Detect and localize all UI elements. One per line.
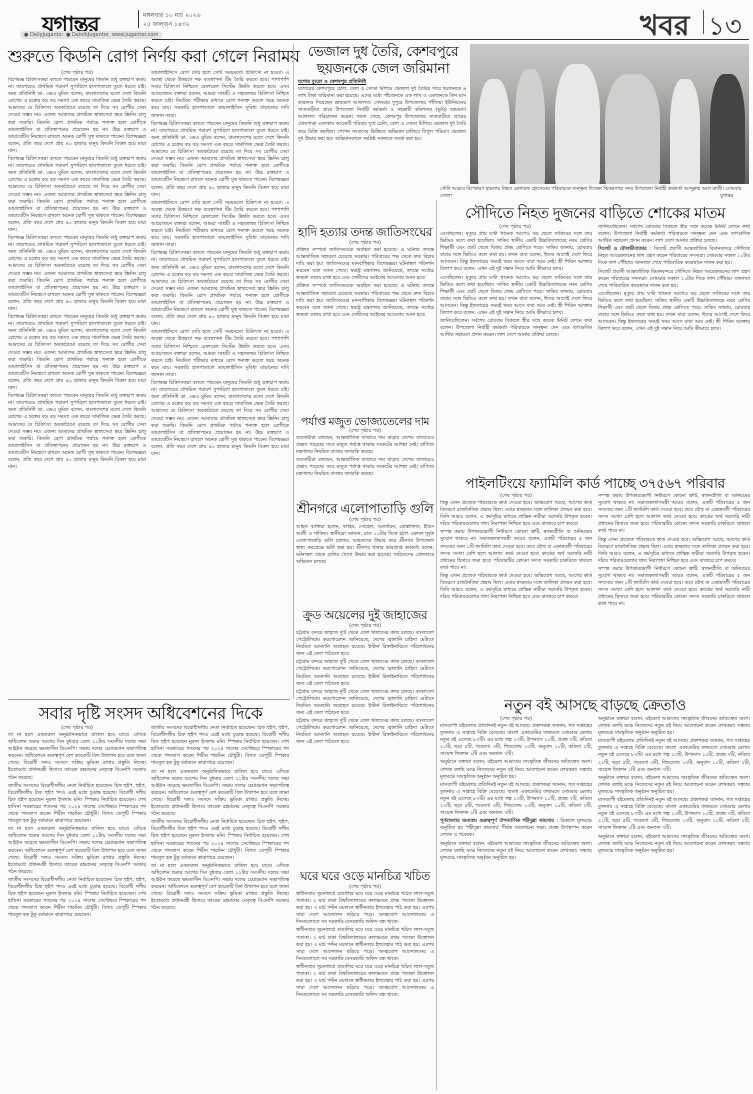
date-bengali: ২৫ ফাল্গুন ১৪৩২ <box>143 19 190 30</box>
newspaper-logo: যুগান্তর <box>42 8 99 45</box>
article-body: জানিয়েছিলেন। সর্বশেষ রোববার বিকালে স্ত্… <box>598 224 750 467</box>
photo-credit: যুগান্তর <box>720 193 733 201</box>
article-body: ডায়ালাইসিসে রোগ দেরি হলে সেটি সময়মতো চ… <box>151 70 289 697</box>
article-body: যশোরের কেশবপুরে চেলি, তেল ও সোডা মিশিয়ে… <box>298 86 466 198</box>
masthead: যুগান্তর মঙ্গলবার ১০ মার্চ ২০২৬ ২৫ ফাল্গ… <box>0 0 753 38</box>
headline-kidney: শুরুতে কিডনি রোগ নির্ণয় করা গেলে নিরাময… <box>8 44 293 72</box>
article-body: আহত ব্যক্তিরা হলেন, ফাহিম, সোহেল, আলামিন… <box>296 524 434 602</box>
divider <box>703 10 704 34</box>
column-divider <box>293 44 294 699</box>
article-body: চট্টগ্রাম বন্দরে জাহাজ দুটি থেকে তেল খাল… <box>296 630 434 862</box>
headline-milk-line1: ভেজাল দুধ তৈরি, কেশবপুরে <box>298 44 468 61</box>
photo-caption: সৌদি আরবে বিস্ফোরণ হামলায় নিহত মোশারফ হ… <box>440 186 750 200</box>
section-divider <box>8 699 290 700</box>
article-body: কিন্তু এখন প্রত্যেক পরিবারকে কার্ড দেওয়… <box>440 500 592 686</box>
subhead: সিলেট ও মৌলভীবাজার <box>598 247 647 252</box>
headline-milk-line2: ছয়জনকে জেল জরিমানা <box>298 61 468 78</box>
article-body: তা না হলে একতরফা অনুষ্ঠানিকভাবে বাতিল হয… <box>8 732 146 1092</box>
article-body: এসেছিলেন। মৃত্যুর প্রায় ঘণ্টা খানেক আগে… <box>440 231 592 467</box>
article-body: জাতীয় সংসদের বিরোধীদলীয় নেতা নির্বাচিত… <box>151 725 289 1092</box>
article-body: অনুষ্ঠানে বক্তারা বলেন, বইমেলা আমাদের সা… <box>598 716 750 1091</box>
news-photo <box>470 44 749 184</box>
article-body: স্বাধীনতার সূচনালগ্নে বাঙালির ঘরে ঘরে ওড… <box>296 891 434 1091</box>
article-body: মাসব্যাপী বইমেলায় প্রতিদিনই নতুন বই আসছ… <box>440 723 592 1091</box>
subhead: পূর্ববাংলার অন্যতম গুরুত্বপূর্ণ ঔপন্যাসি… <box>440 819 554 824</box>
facebook-handle[interactable]: ● DainikJugantor <box>62 31 113 39</box>
column-divider <box>436 200 437 1090</box>
article-body: ব্যবসায়ীরা বলছেন, আন্তর্জাতিক বাজারে দা… <box>296 435 434 495</box>
article-body: সম্পন্ন করায় উপকারভোগী নির্ধারণে কোনো ত… <box>598 493 750 686</box>
article-body: বিশেষজ্ঞ চিকিৎসকরা বলতে পারবেন মানুষের ক… <box>8 77 146 697</box>
twitter-handle[interactable]: ● DailyJugantor <box>20 31 68 39</box>
website-link[interactable]: www.jugantor.com <box>108 31 162 39</box>
divider <box>138 10 139 28</box>
article-body: প্রক্রিয়া সম্পর্কে জাতিসংঘকে অবহিত করা … <box>296 247 434 407</box>
